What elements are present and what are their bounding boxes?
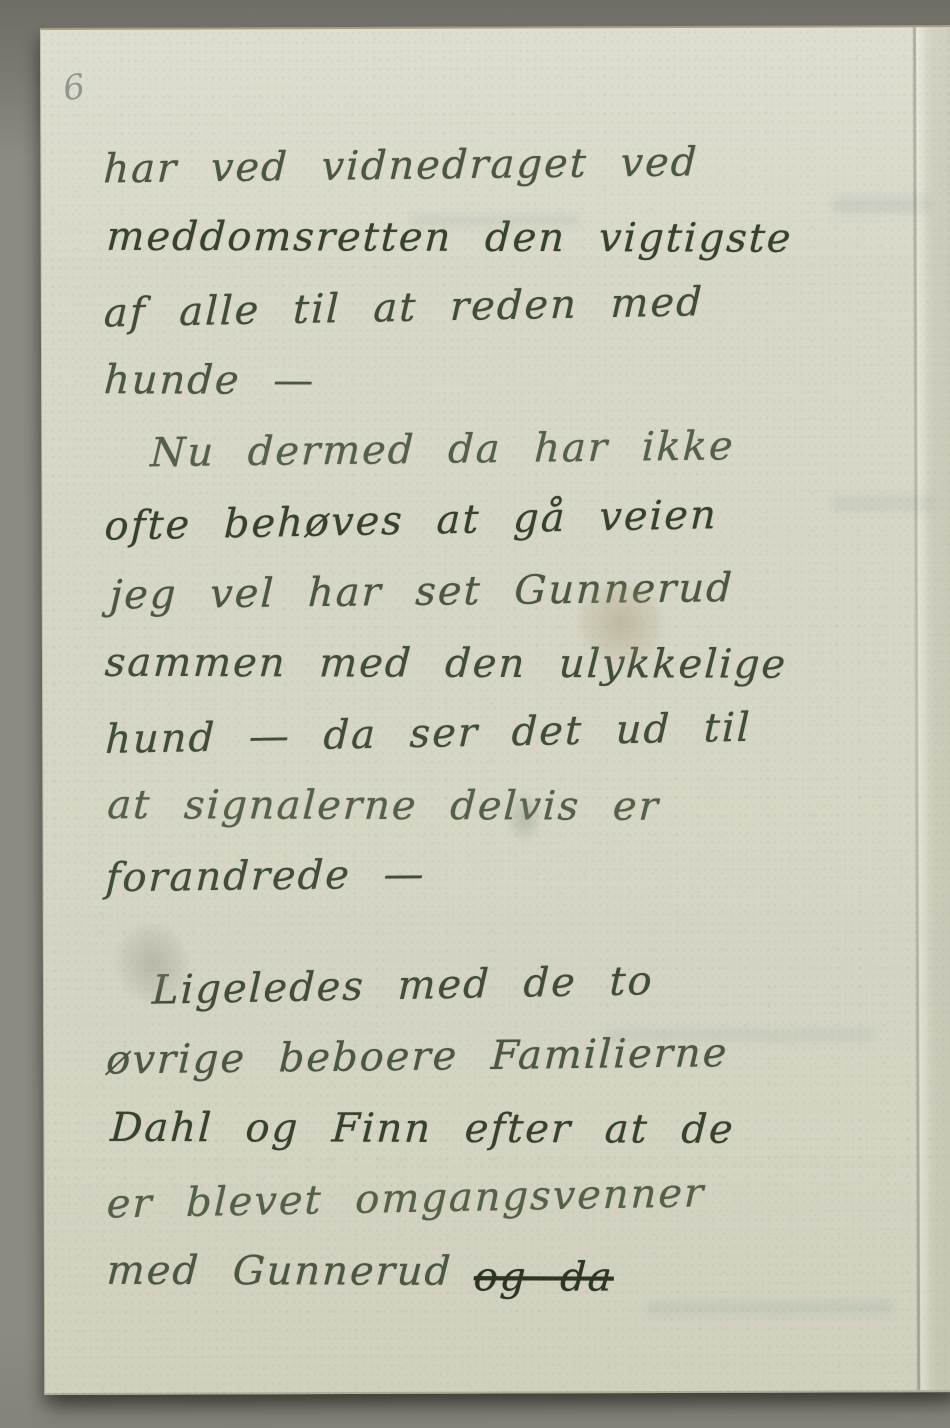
handwritten-line: Dahl og Finn efter at de xyxy=(110,1091,929,1165)
line-text: forandrede — xyxy=(104,839,427,914)
line-text: Nu dermed da har ikke xyxy=(149,411,736,489)
line-text: har ved vidnedraget ved xyxy=(102,127,700,205)
line-text: er blevet omgangsvenner xyxy=(106,1158,707,1240)
handwritten-line: jeg vel har set Gunnerud xyxy=(110,555,928,629)
handwritten-line: øvrige beboere Familierne xyxy=(106,1020,929,1094)
fold-crease-shade xyxy=(916,27,950,1390)
handwritten-line: at signalerne delvis er xyxy=(107,768,928,842)
line-text: sammen med den ulykkelige xyxy=(103,628,789,701)
handwritten-line: hund — da ser det ud til xyxy=(105,697,928,771)
handwritten-line: Ligeledes med de to xyxy=(106,949,929,1023)
handwritten-line: med Gunnerudog da xyxy=(107,1233,930,1307)
line-text: hund — da ser det ud til xyxy=(104,693,753,776)
handwritten-line: af alle til at reden med xyxy=(104,271,927,345)
strikethrough-text: og da xyxy=(472,1242,616,1313)
handwritten-line: ofte behøves at gå veien xyxy=(104,484,927,558)
line-text: med Gunnerud xyxy=(105,1236,454,1308)
line-text: at signalerne delvis er xyxy=(105,770,661,843)
line-text: jeg vel har set Gunnerud xyxy=(108,553,735,631)
line-text: øvrige beboere Familierne xyxy=(105,1018,730,1096)
page-number: 6 xyxy=(60,67,87,110)
handwritten-line: Nu dermed da har ikke xyxy=(104,413,927,487)
handwritten-line: sammen med den ulykkelige xyxy=(105,626,928,700)
line-text: Dahl og Finn efter at de xyxy=(108,1093,736,1166)
line-text: af alle til at reden med xyxy=(103,267,705,349)
scan-background: 6 har ved vidnedraget ved meddomsretten … xyxy=(0,0,950,1428)
manuscript-page: 6 har ved vidnedraget ved meddomsretten … xyxy=(40,25,950,1395)
line-text: ofte behøves at gå veien xyxy=(103,480,719,563)
handwritten-line: hunde — xyxy=(104,342,927,416)
handwritten-line: meddomsretten den vigtigste xyxy=(107,200,927,274)
handwriting-block: har ved vidnedraget ved meddomsretten de… xyxy=(103,129,930,1307)
line-text: hunde — xyxy=(102,345,317,417)
handwritten-line: har ved vidnedraget ved xyxy=(103,129,926,203)
handwritten-line: er blevet omgangsvenner xyxy=(107,1162,930,1236)
handwritten-line: forandrede — xyxy=(106,839,929,913)
line-text: Ligeledes med de to xyxy=(151,946,655,1027)
line-text: meddomsretten den vigtigste xyxy=(105,202,795,275)
